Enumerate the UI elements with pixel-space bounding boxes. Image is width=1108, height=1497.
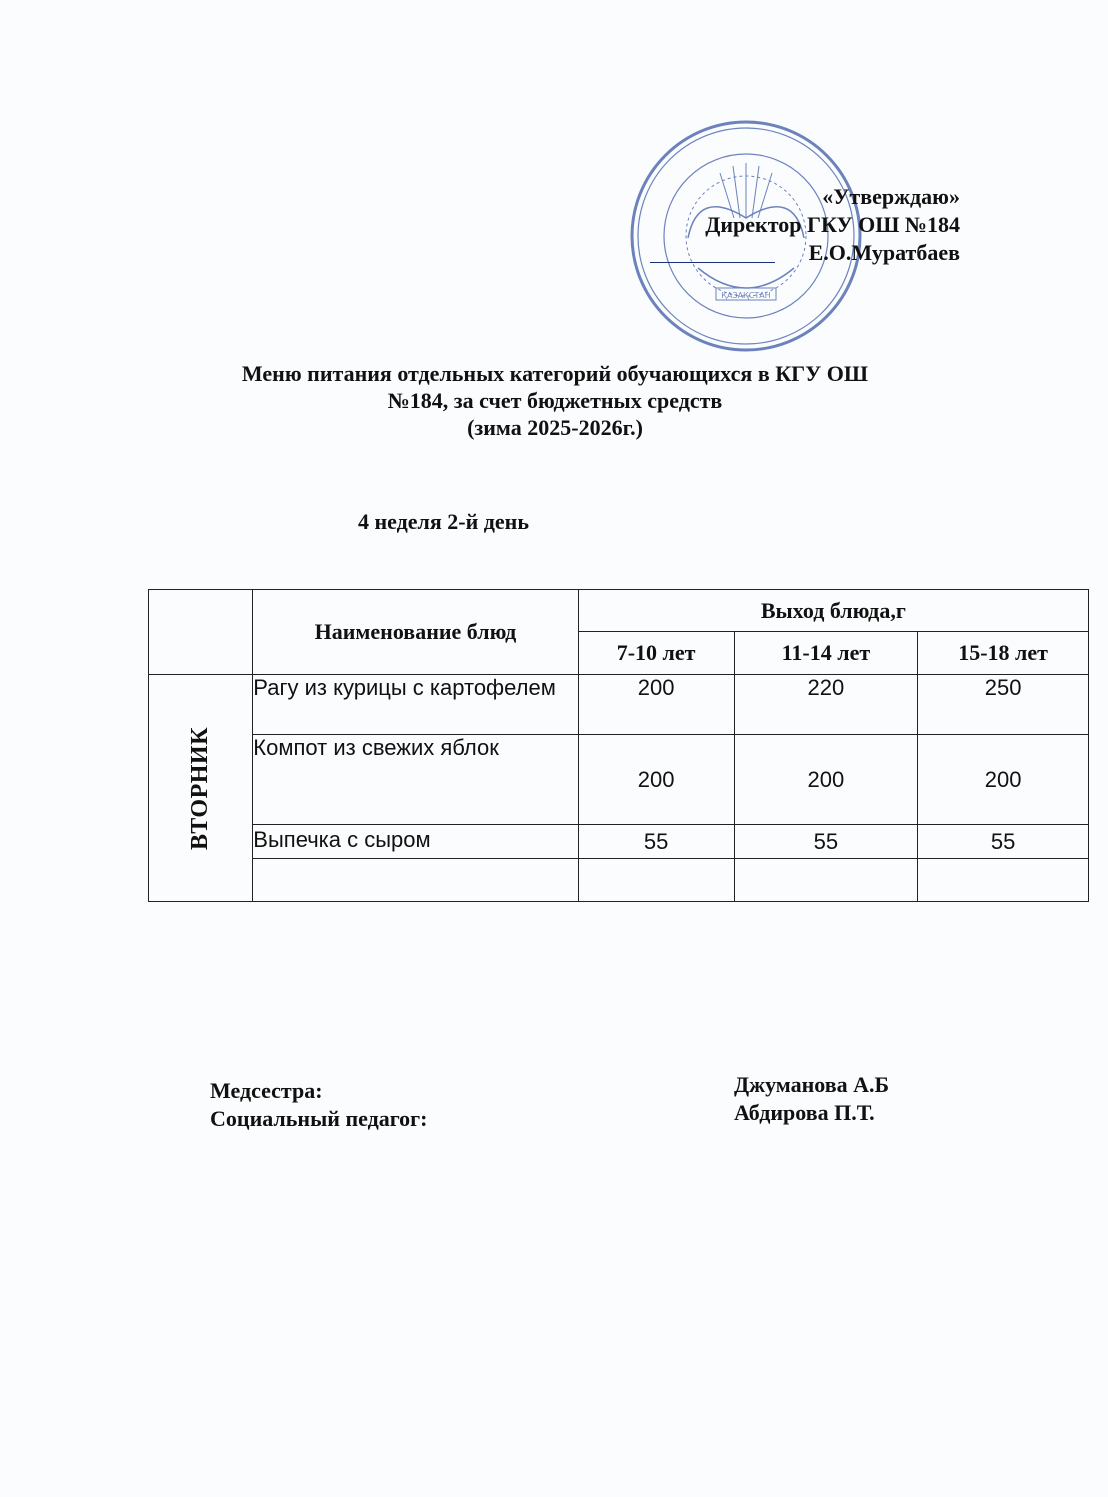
dish-name: Выпечка с сыром [253,825,578,859]
yield-value: 55 [578,825,734,859]
yield-value: 55 [734,825,918,859]
document-title: Меню питания отдельных категорий обучающ… [160,360,950,441]
table-row: Выпечка с сыром 55 55 55 [149,825,1089,859]
yield-value: 200 [578,735,734,825]
approval-name: Е.О.Муратбаев [705,239,960,267]
age-header: 7-10 лет [578,632,734,675]
table-row: Компот из свежих яблок 200 200 200 [149,735,1089,825]
yield-value: 250 [918,675,1089,735]
title-line-3: (зима 2025-2026г.) [160,414,950,441]
approval-block: «Утверждаю» Директор ГКУ ОШ №184 Е.О.Мур… [705,183,960,267]
dish-name [253,859,578,902]
table-row: ВТОРНИК Рагу из курицы с картофелем 200 … [149,675,1089,735]
weekday-label: ВТОРНИК [187,727,214,850]
signature-roles: Медсестра: Социальный педагог: [210,1077,427,1133]
week-day-label: 4 неделя 2-й день [358,509,529,535]
approval-heading: «Утверждаю» [705,183,960,211]
yield-value: 200 [918,735,1089,825]
yield-group-header: Выход блюда,г [578,590,1088,632]
yield-value [734,859,918,902]
weekday-cell: ВТОРНИК [149,675,253,902]
menu-table: Наименование блюд Выход блюда,г 7-10 лет… [148,589,1089,902]
dish-name: Компот из свежих яблок [253,735,578,825]
dish-name-header: Наименование блюд [253,590,578,675]
title-line-2: №184, за счет бюджетных средств [160,387,950,414]
yield-value: 200 [734,735,918,825]
signature-names: Джуманова А.Б Абдирова П.Т. [734,1071,889,1127]
weekday-header-cell [149,590,253,675]
yield-value: 200 [578,675,734,735]
yield-value [578,859,734,902]
svg-text:ҚАЗАҚСТАН: ҚАЗАҚСТАН [721,291,770,300]
social-teacher-name: Абдирова П.Т. [734,1099,889,1127]
role-nurse: Медсестра: [210,1077,427,1105]
age-header: 15-18 лет [918,632,1089,675]
yield-value [918,859,1089,902]
approval-position: Директор ГКУ ОШ №184 [705,211,960,239]
yield-value: 55 [918,825,1089,859]
table-row [149,859,1089,902]
title-line-1: Меню питания отдельных категорий обучающ… [160,360,950,387]
role-social-teacher: Социальный педагог: [210,1105,427,1133]
nurse-name: Джуманова А.Б [734,1071,889,1099]
age-header: 11-14 лет [734,632,918,675]
dish-name: Рагу из курицы с картофелем [253,675,578,735]
yield-value: 220 [734,675,918,735]
